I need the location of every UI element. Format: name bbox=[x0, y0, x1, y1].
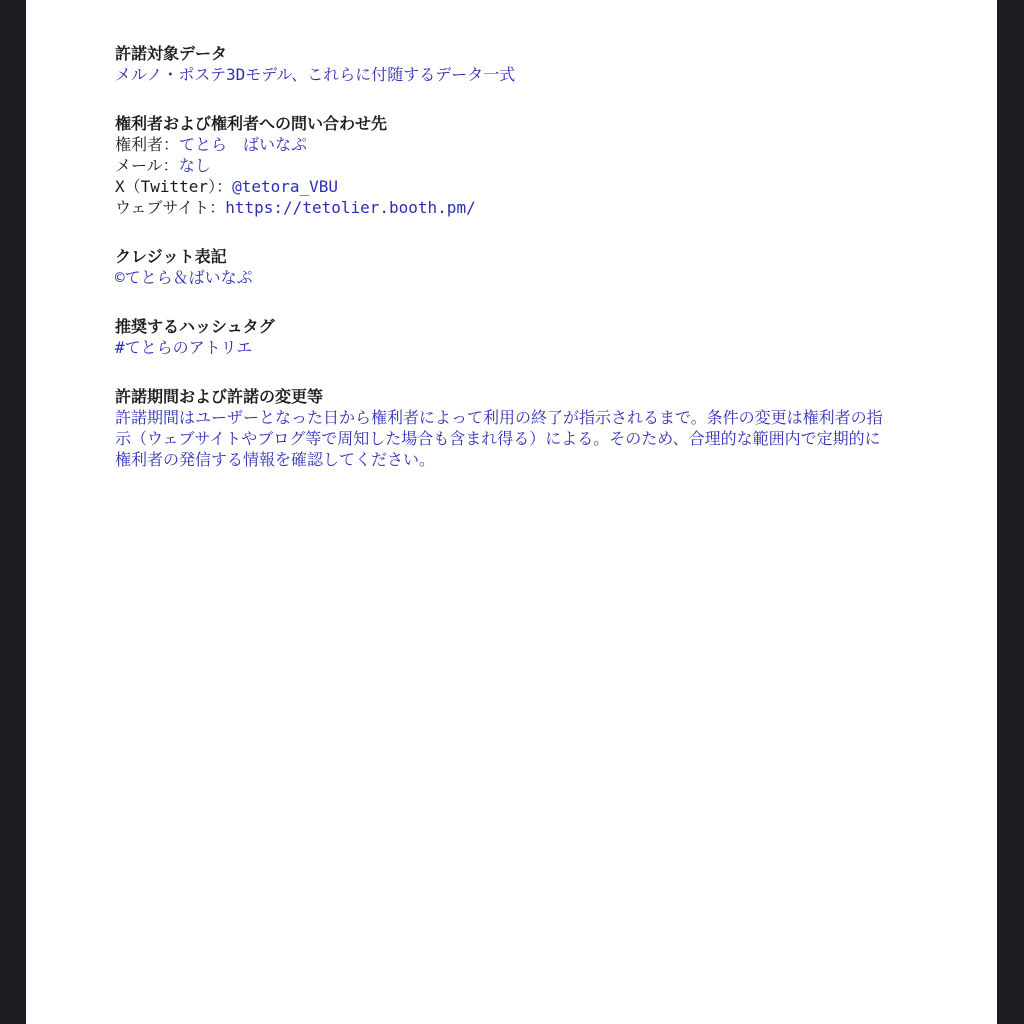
section-license-period: 許諾期間および許諾の変更等 許諾期間はユーザーとなった日から権利者によって利用の… bbox=[115, 386, 893, 470]
email-row: メール：なし bbox=[115, 155, 893, 176]
license-document: 許諾対象データ メルノ・ポステ3Dモデル、これらに付随するデータ一式 権利者およ… bbox=[115, 43, 893, 470]
document-page: 許諾対象データ メルノ・ポステ3Dモデル、これらに付随するデータ一式 権利者およ… bbox=[0, 0, 1024, 1024]
section-heading-license-period: 許諾期間および許諾の変更等 bbox=[115, 386, 893, 407]
email-value: なし bbox=[179, 156, 211, 175]
email-label: メール： bbox=[115, 156, 179, 175]
left-dark-border bbox=[0, 0, 26, 1024]
section-heading-licensed-data: 許諾対象データ bbox=[115, 43, 893, 64]
website-label: ウェブサイト： bbox=[115, 198, 225, 217]
section-rights-holder: 権利者および権利者への問い合わせ先 権利者：てとら ばいなぷ メール：なし X（… bbox=[115, 113, 893, 218]
rights-holder-row: 権利者：てとら ばいなぷ bbox=[115, 134, 893, 155]
rights-holder-value: てとら ばいなぷ bbox=[179, 135, 307, 154]
twitter-handle-link[interactable]: @tetora_VBU bbox=[232, 177, 338, 196]
license-period-paragraph: 許諾期間はユーザーとなった日から権利者によって利用の終了が指示されるまで。条件の… bbox=[115, 407, 893, 470]
credit-value: ©てとら＆ばいなぷ bbox=[115, 267, 893, 288]
website-row: ウェブサイト：https://tetolier.booth.pm/ bbox=[115, 197, 893, 218]
section-heading-credit: クレジット表記 bbox=[115, 246, 893, 267]
twitter-row: X（Twitter）：@tetora_VBU bbox=[115, 176, 893, 197]
section-heading-rights-holder: 権利者および権利者への問い合わせ先 bbox=[115, 113, 893, 134]
rights-holder-label: 権利者： bbox=[115, 135, 179, 154]
section-hashtag: 推奨するハッシュタグ #てとらのアトリエ bbox=[115, 316, 893, 358]
website-url-link[interactable]: https://tetolier.booth.pm/ bbox=[225, 198, 475, 217]
section-licensed-data: 許諾対象データ メルノ・ポステ3Dモデル、これらに付随するデータ一式 bbox=[115, 43, 893, 85]
section-credit: クレジット表記 ©てとら＆ばいなぷ bbox=[115, 246, 893, 288]
twitter-label: X（Twitter）： bbox=[115, 177, 232, 196]
hashtag-value: #てとらのアトリエ bbox=[115, 337, 893, 358]
right-dark-border bbox=[997, 0, 1024, 1024]
section-heading-hashtag: 推奨するハッシュタグ bbox=[115, 316, 893, 337]
licensed-data-value: メルノ・ポステ3Dモデル、これらに付随するデータ一式 bbox=[115, 64, 893, 85]
